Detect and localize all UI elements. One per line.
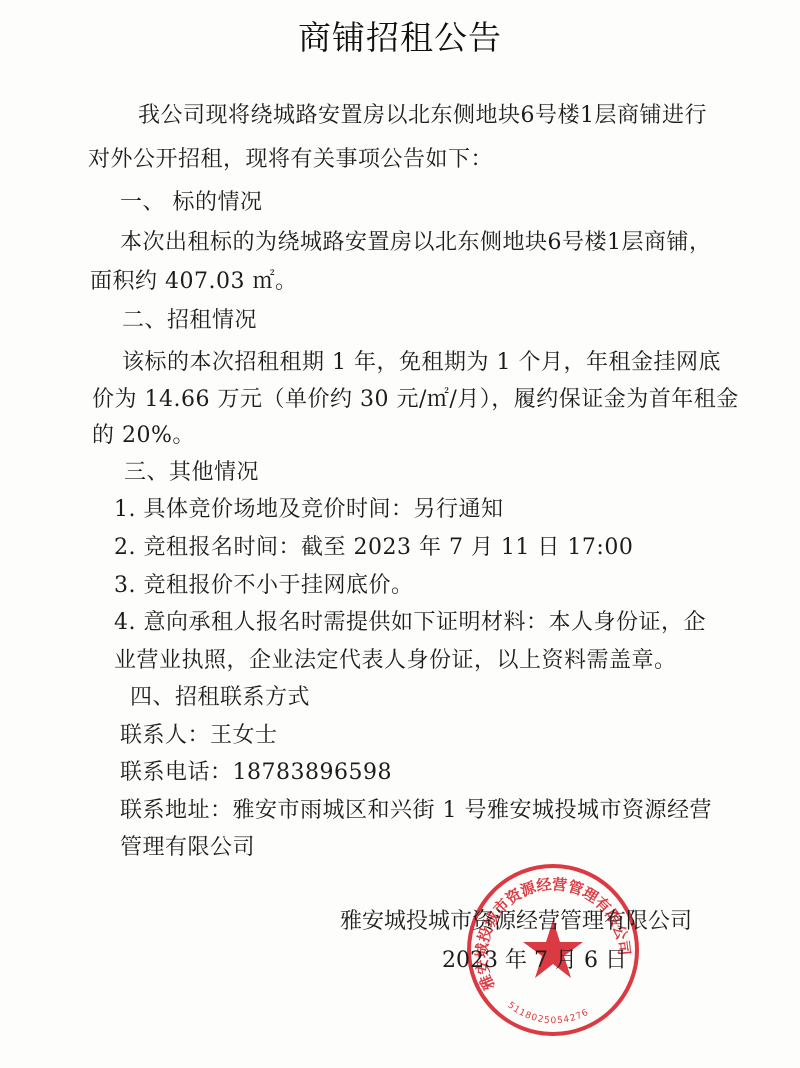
- section-3-item-1: 1. 具体竞价场地及竞价时间：另行通知: [114, 492, 504, 523]
- stamp-code: 5118025054276: [505, 1001, 590, 1027]
- signature-date: 2023 年 7 月 6 日: [442, 943, 627, 974]
- intro-line-1: 我公司现将绕城路安置房以北东侧地块6号楼1层商铺进行: [138, 98, 707, 129]
- svg-text:5118025054276: 5118025054276: [505, 1001, 590, 1027]
- section-3-heading: 三、其他情况: [124, 455, 259, 486]
- section-3-item-2: 2. 竞租报名时间：截至 2023 年 7 月 11 日 17:00: [114, 530, 633, 561]
- section-2-line-1: 该标的本次招租租期 1 年，免租期为 1 个月，年租金挂网底: [122, 345, 721, 376]
- document-page: 商铺招租公告 我公司现将绕城路安置房以北东侧地块6号楼1层商铺进行 对外公开招租…: [0, 0, 800, 1068]
- contact-address-line-2: 管理有限公司: [120, 830, 255, 861]
- intro-line-2: 对外公开招租，现将有关事项公告如下：: [88, 142, 493, 173]
- contact-phone: 联系电话：18783896598: [120, 755, 392, 786]
- section-1-line-1: 本次出租标的为绕城路安置房以北东侧地块6号楼1层商铺，: [120, 225, 712, 256]
- section-3-item-4-continued: 业营业执照，企业法定代表人身份证，以上资料需盖章。: [114, 643, 677, 674]
- section-1-line-2: 面积约 407.03 ㎡。: [90, 264, 297, 295]
- section-2-line-3: 的 20%。: [92, 418, 195, 449]
- section-3-item-3: 3. 竞租报价不小于挂网底价。: [114, 568, 413, 599]
- section-2-heading: 二、招租情况: [122, 303, 257, 334]
- document-title: 商铺招租公告: [0, 12, 800, 59]
- signature-company: 雅安城投城市资源经营管理有限公司: [340, 904, 692, 935]
- section-3-item-4: 4. 意向承租人报名时需提供如下证明材料：本人身份证，企: [114, 605, 706, 636]
- section-1-heading: 一、 标的情况: [120, 185, 263, 216]
- section-2-line-2: 价为 14.66 万元（单价约 30 元/㎡/月），履约保证金为首年租金: [92, 382, 739, 413]
- contact-person: 联系人：王女士: [120, 718, 278, 749]
- contact-address-line-1: 联系地址：雅安市雨城区和兴街 1 号雅安城投城市资源经营: [120, 793, 712, 824]
- section-4-heading: 四、招租联系方式: [130, 680, 310, 711]
